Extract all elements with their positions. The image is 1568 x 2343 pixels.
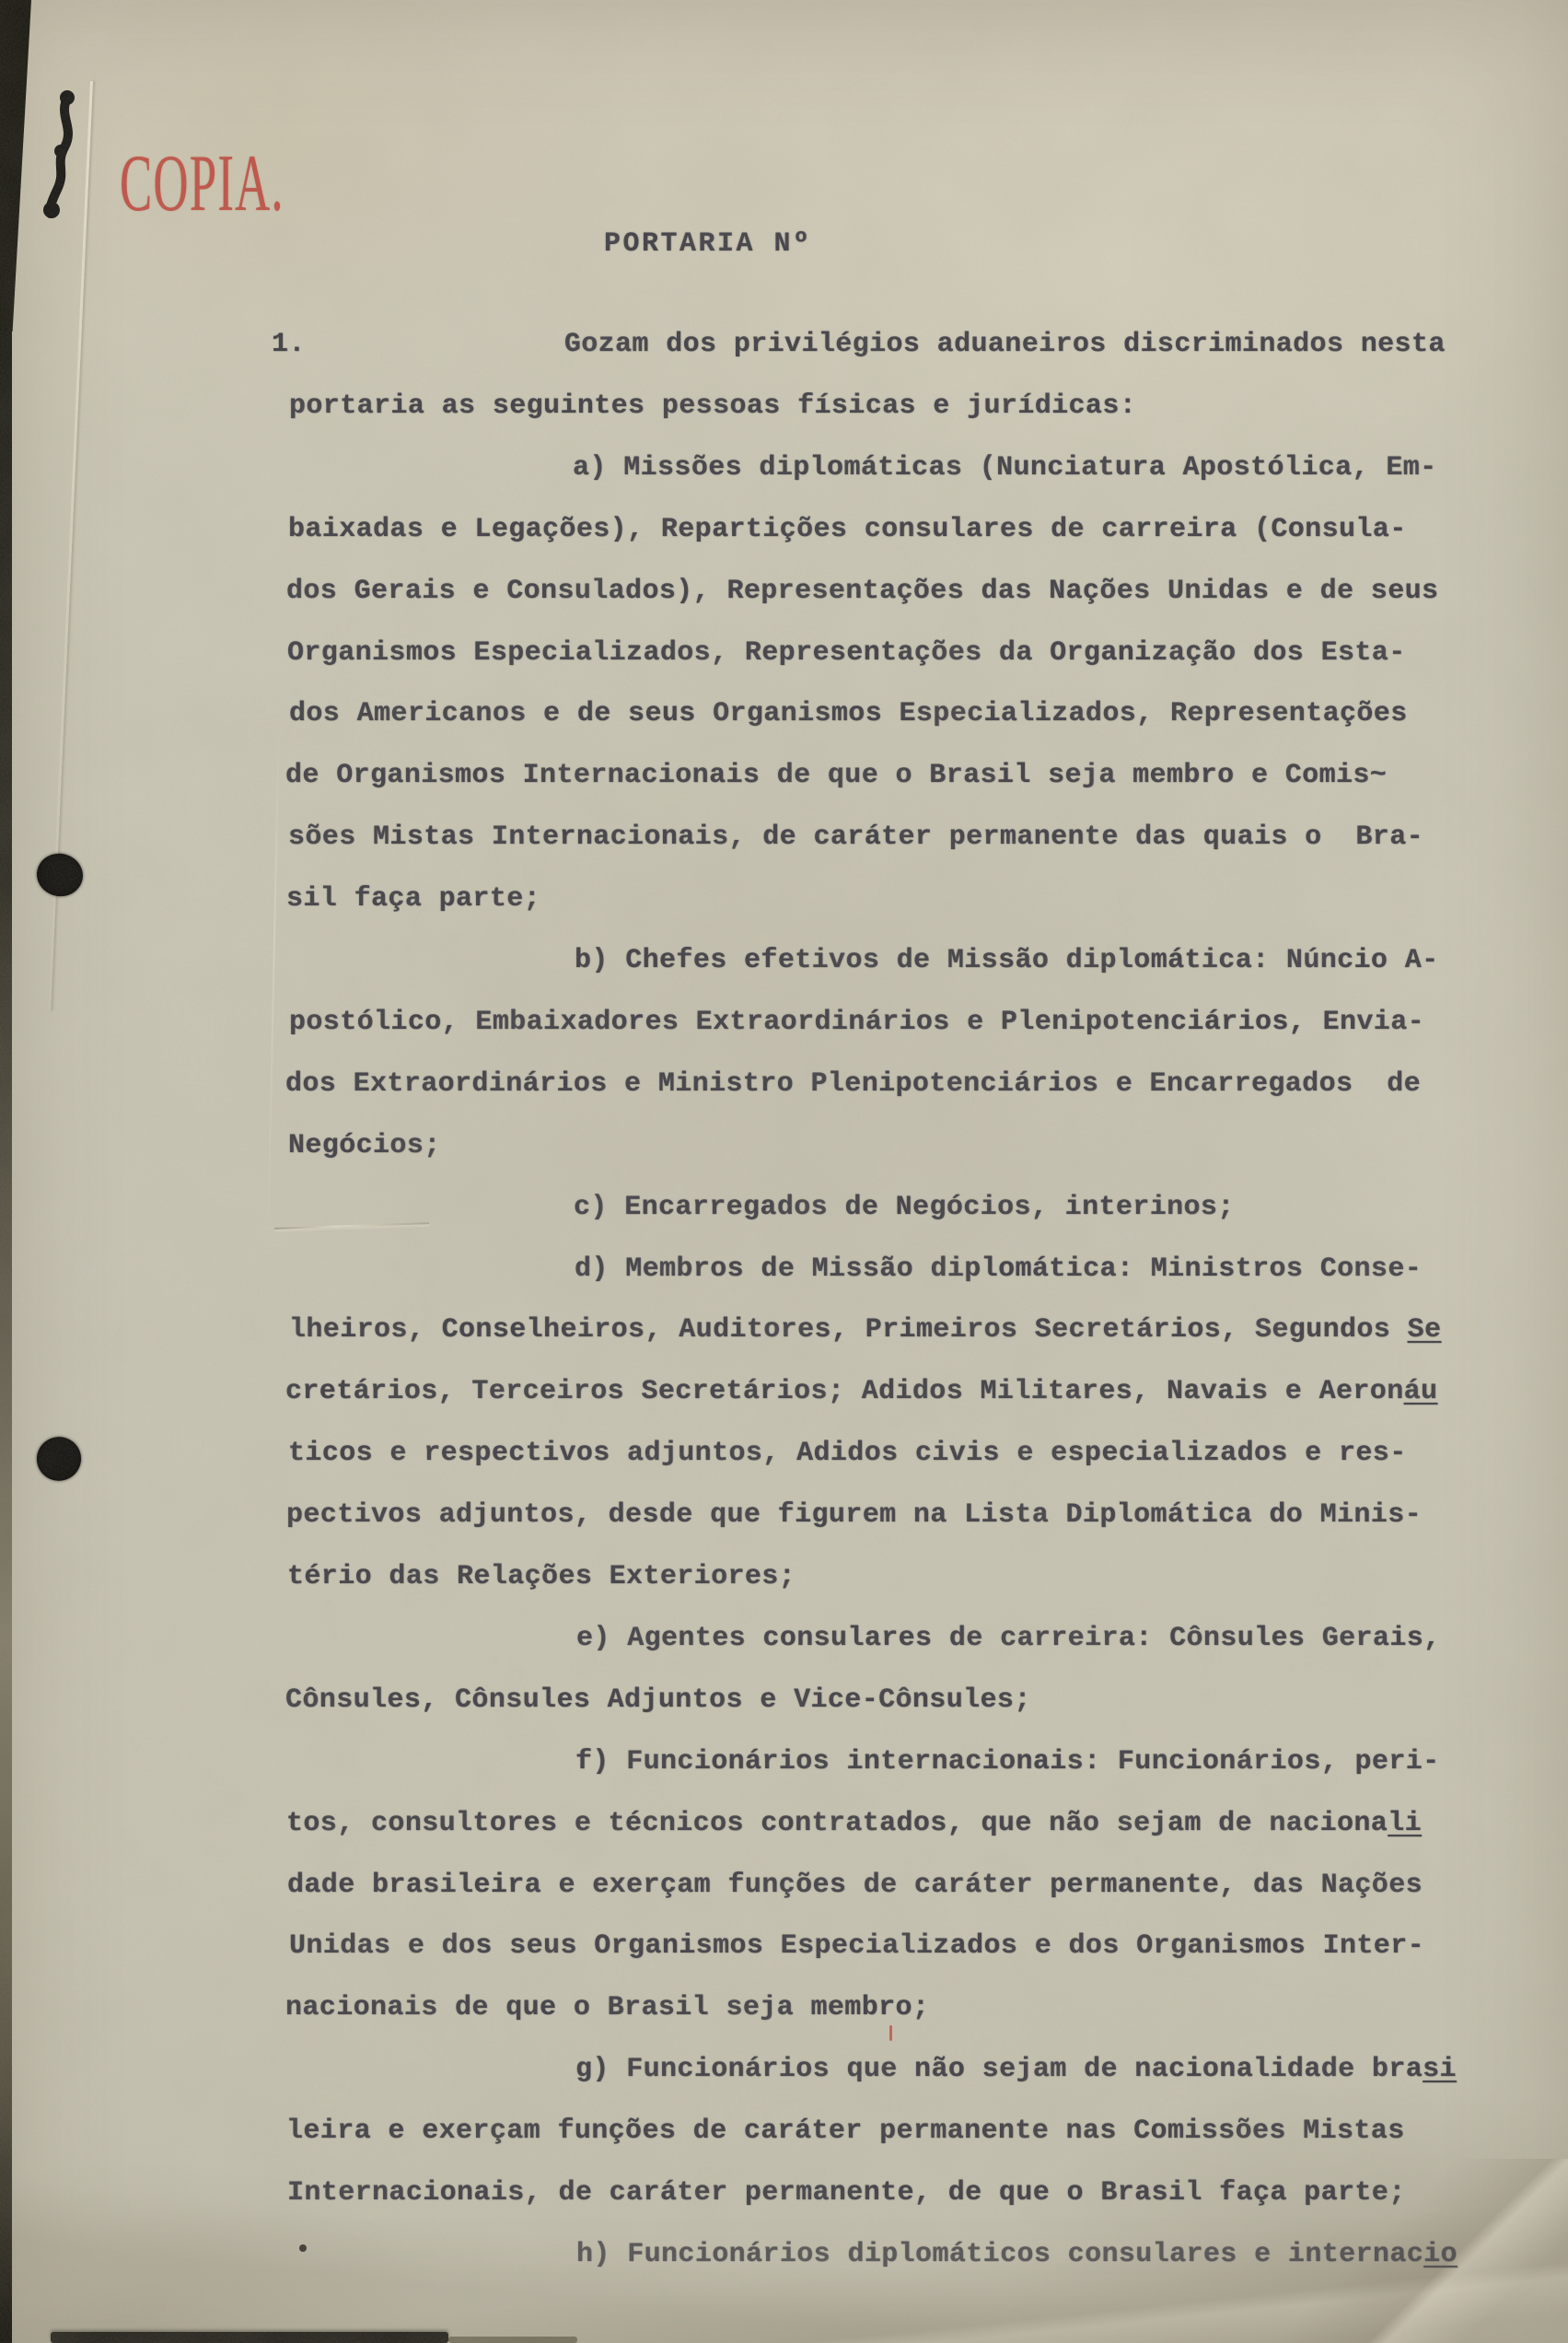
scan-artifact-smear [448,2337,577,2343]
document-line: lheiros, Conselheiros, Auditores, Primei… [289,1311,1441,1348]
document-line: pectivos adjuntos, desde que figurem na … [286,1497,1422,1533]
document-line: Cônsules, Cônsules Adjuntos e Vice-Cônsu… [285,1682,1031,1719]
document-line: 1.Gozam dos privilégios aduaneiros discr… [272,326,1446,363]
document-line: de Organismos Internacionais de que o Br… [285,757,1387,794]
document-line: dos Extraordinários e Ministro Plenipote… [285,1066,1421,1102]
scan-artifact-band [51,2332,448,2343]
document-line: f) Funcionários internacionais: Funcioná… [575,1743,1440,1780]
document-line: postólico, Embaixadores Extraordinários … [289,1004,1424,1041]
document-line: ticos e respectivos adjuntos, Adidos civ… [288,1435,1407,1472]
document-line: nacionais de que o Brasil seja membro; [285,1989,929,2026]
document-line: b) Chefes efetivos de Missão diplomática… [575,942,1439,979]
document-line: tério das Relações Exteriores; [287,1558,796,1595]
document-line: Internacionais, de caráter permanente, d… [287,2174,1406,2211]
document-line: dos Americanos e de seus Organismos Espe… [289,695,1408,732]
document-line: e) Agentes consulares de carreira: Cônsu… [576,1620,1441,1657]
paragraph-number: 1. [272,329,306,360]
document-line: Negócios; [288,1127,441,1164]
red-ink-tick [889,2025,892,2041]
document-line: Unidas e dos seus Organismos Especializa… [289,1928,1424,1964]
document-line: a) Missões diplomáticas (Nunciatura Apos… [573,449,1437,486]
document-line: portaria as seguintes pessoas físicas e … [289,388,1136,425]
document-line: sil faça parte; [286,880,540,917]
document-line: baixadas e Legações), Repartições consul… [288,511,1407,548]
scanned-document-page: COPIA. PORTARIA Nº 1.Gozam dos privilégi… [0,0,1568,2343]
document-line: cretários, Terceiros Secretários; Adidos… [285,1373,1437,1410]
document-line: tos, consultores e técnicos contratados,… [286,1805,1422,1842]
stray-ink-dot [299,2244,307,2252]
document-line: h) Funcionários diplomáticos consulares … [576,2236,1458,2273]
document-line: d) Membros de Missão diplomática: Minist… [575,1251,1422,1288]
document-body: 1.Gozam dos privilégios aduaneiros discr… [0,0,1568,2343]
document-line: g) Funcionários que não sejam de naciona… [575,2051,1457,2088]
document-line: Organismos Especializados, Representaçõe… [287,635,1406,671]
document-line: dade brasileira e exerçam funções de car… [287,1867,1423,1904]
document-line: c) Encarregados de Negócios, interinos; [574,1189,1235,1226]
document-line: sões Mistas Internacionais, de caráter p… [288,819,1423,856]
document-line: leira e exerçam funções de caráter perma… [286,2113,1405,2150]
document-line: dos Gerais e Consulados), Representações… [286,573,1438,610]
